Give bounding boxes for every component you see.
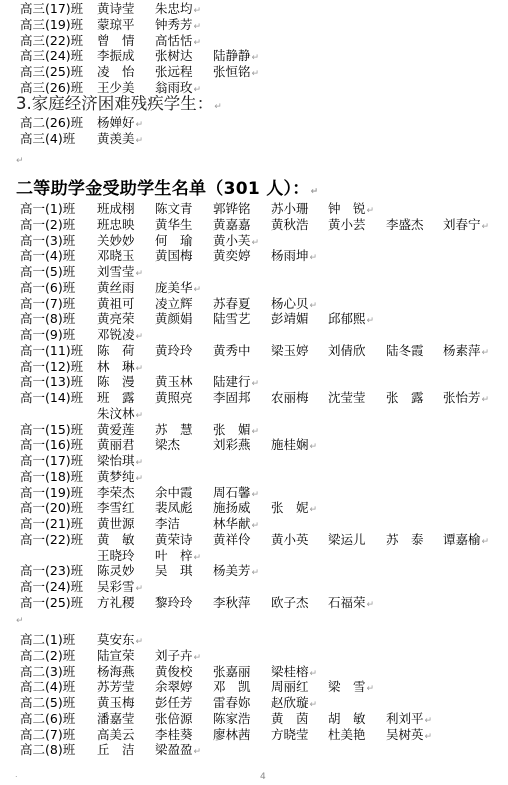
paragraph-mark: ↵ xyxy=(252,568,260,578)
student-name: 谭嘉榆↵ xyxy=(443,532,489,550)
student-name: 杨海燕 xyxy=(97,664,135,680)
paragraph-mark: ↵ xyxy=(367,316,375,326)
class-label: 高三(4)班 xyxy=(20,131,75,147)
student-name: 李洁 xyxy=(155,516,180,532)
paragraph-mark: ↵ xyxy=(194,747,202,757)
paragraph-mark: ↵ xyxy=(252,53,260,63)
paragraph-mark: ↵ xyxy=(252,427,260,437)
student-name: 黄玉梅 xyxy=(97,695,135,711)
student-name: 梁玉婷 xyxy=(271,343,309,359)
student-name: 黄亮荣 xyxy=(97,311,135,327)
paragraph-mark: ↵ xyxy=(367,206,375,216)
paragraph-mark: ↵ xyxy=(194,22,202,32)
student-name: 吴 琪 xyxy=(155,563,193,579)
student-name: 苏小珊 xyxy=(271,201,309,217)
class-label: 高二(2)班 xyxy=(20,648,75,664)
paragraph-mark: ↵ xyxy=(136,637,144,647)
student-name: 黄祥伶 xyxy=(213,532,251,548)
paragraph-mark: ↵ xyxy=(136,269,144,279)
heading-text: 二等助学金受助学生名单（301 人）： xyxy=(16,179,310,199)
student-name: 梁杰 xyxy=(155,437,180,453)
student-name: 苏 慧 xyxy=(155,422,193,438)
class-label: 高一(2)班 xyxy=(20,217,75,233)
student-name: 黄爱莲 xyxy=(97,422,135,438)
student-name: 陈 荷 xyxy=(97,343,135,359)
student-name: 农丽梅 xyxy=(271,390,309,406)
paragraph-mark: ↵ xyxy=(136,136,144,146)
class-label: 高一(15)班 xyxy=(20,422,83,438)
student-name: 陆宣荣 xyxy=(97,648,135,664)
student-name: 陈 漫 xyxy=(97,374,135,390)
student-name: 黄华生 xyxy=(155,217,193,233)
paragraph-mark: ↵ xyxy=(252,69,260,79)
student-name: 张 露 xyxy=(386,390,424,406)
student-name: 陈灵妙 xyxy=(97,563,135,579)
class-label: 高二(8)班 xyxy=(20,742,75,758)
paragraph-mark: ↵ xyxy=(310,253,318,263)
blank-paragraph: ↵ xyxy=(16,616,24,626)
class-label: 高一(18)班 xyxy=(20,469,83,485)
student-name: 裴凤彪 xyxy=(155,500,193,516)
student-name: 黄玉林 xyxy=(155,374,193,390)
student-name: 陈文青 xyxy=(155,201,193,217)
student-name: 黎玲玲 xyxy=(155,595,193,611)
student-name: 邱郁熙↵ xyxy=(328,311,374,329)
student-name: 丘 洁 xyxy=(97,742,135,758)
student-name: 刘倩欣 xyxy=(328,343,366,359)
paragraph-mark: ↵ xyxy=(310,669,318,679)
paragraph-mark: ↵ xyxy=(482,222,490,232)
paragraph-mark: ↵ xyxy=(367,684,375,694)
class-label: 高一(4)班 xyxy=(20,248,75,264)
student-name: 凌立辉 xyxy=(155,296,193,312)
student-name: 黄诗莹 xyxy=(97,1,135,17)
paragraph-mark: ↵ xyxy=(482,537,490,547)
paragraph-mark: ↵ xyxy=(310,700,318,710)
student-name: 刘春宁↵ xyxy=(443,217,489,235)
footer-mark: . xyxy=(15,770,18,779)
class-label: 高一(11)班 xyxy=(20,343,83,359)
student-name: 张树达 xyxy=(155,48,193,64)
class-label: 高三(17)班 xyxy=(20,1,83,17)
student-name: 胡 敏 xyxy=(328,711,366,727)
paragraph-mark: ↵ xyxy=(310,301,318,311)
student-name: 黄小英 xyxy=(271,532,309,548)
paragraph-mark: ↵ xyxy=(194,553,202,563)
class-label: 高一(9)班 xyxy=(20,327,75,343)
student-name: 凌 怡 xyxy=(97,64,135,80)
paragraph-mark: ↵ xyxy=(136,584,144,594)
section-heading-second-class-grant: 二等助学金受助学生名单（301 人）：↵ xyxy=(16,178,318,203)
student-name: 彭任芳 xyxy=(155,695,193,711)
class-label: 高一(17)班 xyxy=(20,453,83,469)
student-name: 吴树英↵ xyxy=(386,727,432,745)
student-name: 欧子杰 xyxy=(271,595,309,611)
student-name: 黄颜娟 xyxy=(155,311,193,327)
class-label: 高二(7)班 xyxy=(20,727,75,743)
student-name: 郭铧铭 xyxy=(213,201,251,217)
student-name: 张嘉丽 xyxy=(213,664,251,680)
class-label: 高一(22)班 xyxy=(20,532,83,548)
student-name: 施扬威 xyxy=(213,500,251,516)
student-name: 班忠映 xyxy=(97,217,135,233)
paragraph-mark: ↵ xyxy=(214,102,222,112)
student-name: 陈家浩 xyxy=(213,711,251,727)
paragraph-mark: ↵ xyxy=(136,364,144,374)
document-page: 高三(17)班黄诗莹朱忠均↵高三(19)班蒙琼平钟秀芳↵高三(22)班曾 情高恬… xyxy=(0,0,508,785)
student-name: 陆冬霞 xyxy=(386,343,424,359)
student-name: 蒙琼平 xyxy=(97,17,135,33)
paragraph-mark: ↵ xyxy=(425,732,433,742)
student-name: 黄奕婷 xyxy=(213,248,251,264)
student-name: 黄丽君 xyxy=(97,437,135,453)
class-label: 高三(19)班 xyxy=(20,17,83,33)
student-name: 高美云 xyxy=(97,727,135,743)
class-label: 高一(6)班 xyxy=(20,280,75,296)
student-name: 邓晓玉 xyxy=(97,248,135,264)
student-name: 李盛杰 xyxy=(386,217,424,233)
student-name: 梁盈盈↵ xyxy=(155,742,201,760)
student-name: 余翠婷 xyxy=(155,679,193,695)
student-name: 黄 敏 xyxy=(97,532,135,548)
student-name: 苏 泰 xyxy=(386,532,424,548)
paragraph-mark: ↵ xyxy=(310,442,318,452)
class-label: 高一(20)班 xyxy=(20,500,83,516)
student-name: 邓 凯 xyxy=(213,679,251,695)
student-name: 黄荣诗 xyxy=(155,532,193,548)
student-name: 沈莹莹 xyxy=(328,390,366,406)
student-name: 杨美芳↵ xyxy=(213,563,259,581)
student-name: 陆雪艺 xyxy=(213,311,251,327)
class-label: 高一(14)班 xyxy=(20,390,83,406)
student-name: 方礼稷 xyxy=(97,595,135,611)
student-name: 杨雨坤↵ xyxy=(271,248,317,266)
student-name: 刘彩燕 xyxy=(213,437,251,453)
student-name: 黄祖可 xyxy=(97,296,135,312)
student-name: 李固邦 xyxy=(213,390,251,406)
student-name: 石福荣↵ xyxy=(328,595,374,613)
student-name: 张 妮↵ xyxy=(271,500,317,518)
paragraph-mark: ↵ xyxy=(310,505,318,515)
class-label: 高一(5)班 xyxy=(20,264,75,280)
student-name: 黄小芸 xyxy=(328,217,366,233)
paragraph-mark: ↵ xyxy=(482,395,490,405)
student-name: 方晓莹 xyxy=(271,727,309,743)
student-name: 李振成 xyxy=(97,48,135,64)
paragraph-mark: ↵ xyxy=(194,38,202,48)
paragraph-mark: ↵ xyxy=(136,120,144,130)
paragraph-mark: ↵ xyxy=(136,411,144,421)
paragraph-mark: ↵ xyxy=(252,379,260,389)
class-label: 高三(22)班 xyxy=(20,33,83,49)
class-label: 高一(24)班 xyxy=(20,579,83,595)
blank-paragraph: ↵ xyxy=(16,156,24,166)
page-number: 4 xyxy=(260,772,266,782)
student-name: 黄照亮 xyxy=(155,390,193,406)
class-label: 高二(5)班 xyxy=(20,695,75,711)
student-name: 周丽红 xyxy=(271,679,309,695)
paragraph-mark: ↵ xyxy=(367,600,375,610)
class-label: 高一(3)班 xyxy=(20,233,75,249)
class-label: 高一(7)班 xyxy=(20,296,75,312)
student-name: 王晓玲 xyxy=(97,548,135,564)
student-name: 班 露 xyxy=(97,390,135,406)
class-label: 高一(25)班 xyxy=(20,595,83,611)
class-label: 高一(8)班 xyxy=(20,311,75,327)
paragraph-mark: ↵ xyxy=(482,348,490,358)
class-label: 高二(6)班 xyxy=(20,711,75,727)
class-label: 高一(1)班 xyxy=(20,201,75,217)
class-label: 高三(24)班 xyxy=(20,48,83,64)
class-label: 高二(4)班 xyxy=(20,679,75,695)
section-heading-disabled-students: 3.家庭经济困难残疾学生：↵ xyxy=(16,94,222,117)
class-label: 高一(16)班 xyxy=(20,437,83,453)
paragraph-mark: ↵ xyxy=(252,521,260,531)
heading-text: 3.家庭经济困难残疾学生： xyxy=(16,94,213,113)
student-name: 张怡芳↵ xyxy=(443,390,489,408)
student-name: 梁 雪↵ xyxy=(328,679,374,697)
paragraph-mark: ↵ xyxy=(194,285,202,295)
student-name: 黄羡美↵ xyxy=(97,131,143,149)
student-name: 张远程 xyxy=(155,64,193,80)
paragraph-mark: ↵ xyxy=(136,458,144,468)
class-label: 高二(26)班 xyxy=(20,115,83,131)
student-name: 黄嘉嘉 xyxy=(213,217,251,233)
student-name: 杨素萍↵ xyxy=(443,343,489,361)
paragraph-mark: ↵ xyxy=(194,653,202,663)
student-name: 李秋萍 xyxy=(213,595,251,611)
paragraph-mark: ↵ xyxy=(252,238,260,248)
student-name: 何 瑜 xyxy=(155,233,193,249)
student-name: 李雪红 xyxy=(97,500,135,516)
student-name: 苏春夏 xyxy=(213,296,251,312)
student-name: 李桂葵 xyxy=(155,727,193,743)
student-name: 黄秀中 xyxy=(213,343,251,359)
student-name: 廖林茜 xyxy=(213,727,251,743)
student-name: 张倍源 xyxy=(155,711,193,727)
student-name: 关妙妙 xyxy=(97,233,135,249)
class-label: 高二(1)班 xyxy=(20,632,75,648)
student-name: 梁运儿 xyxy=(328,532,366,548)
student-name: 曾 情 xyxy=(97,33,135,49)
paragraph-mark: ↵ xyxy=(311,187,319,197)
paragraph-mark: ↵ xyxy=(425,716,433,726)
student-name: 黄世源 xyxy=(97,516,135,532)
student-name: 黄玲玲 xyxy=(155,343,193,359)
class-label: 高一(21)班 xyxy=(20,516,83,532)
student-name: 张恒铭↵ xyxy=(213,64,259,82)
class-label: 高一(19)班 xyxy=(20,485,83,501)
class-label: 高三(25)班 xyxy=(20,64,83,80)
student-name: 班成栩 xyxy=(97,201,135,217)
class-label: 高一(12)班 xyxy=(20,359,83,375)
student-name: 黄秋浩 xyxy=(271,217,309,233)
student-name: 余中霞 xyxy=(155,485,193,501)
student-name: 雷春妳 xyxy=(213,695,251,711)
student-name: 彭靖媚 xyxy=(271,311,309,327)
class-label: 高二(3)班 xyxy=(20,664,75,680)
student-name: 黄 茵 xyxy=(271,711,309,727)
student-name: 施桂娴↵ xyxy=(271,437,317,455)
student-name: 黄丝雨 xyxy=(97,280,135,296)
class-label: 高一(13)班 xyxy=(20,374,83,390)
student-name: 李荣杰 xyxy=(97,485,135,501)
paragraph-mark: ↵ xyxy=(136,332,144,342)
student-name: 黄国梅 xyxy=(155,248,193,264)
student-name: 潘嘉莹 xyxy=(97,711,135,727)
student-name: 杜美艳 xyxy=(328,727,366,743)
paragraph-mark: ↵ xyxy=(136,474,144,484)
student-name: 黄俊校 xyxy=(155,664,193,680)
paragraph-mark: ↵ xyxy=(194,6,202,16)
student-name: 苏芳莹 xyxy=(97,679,135,695)
class-label: 高一(23)班 xyxy=(20,563,83,579)
paragraph-mark: ↵ xyxy=(252,490,260,500)
